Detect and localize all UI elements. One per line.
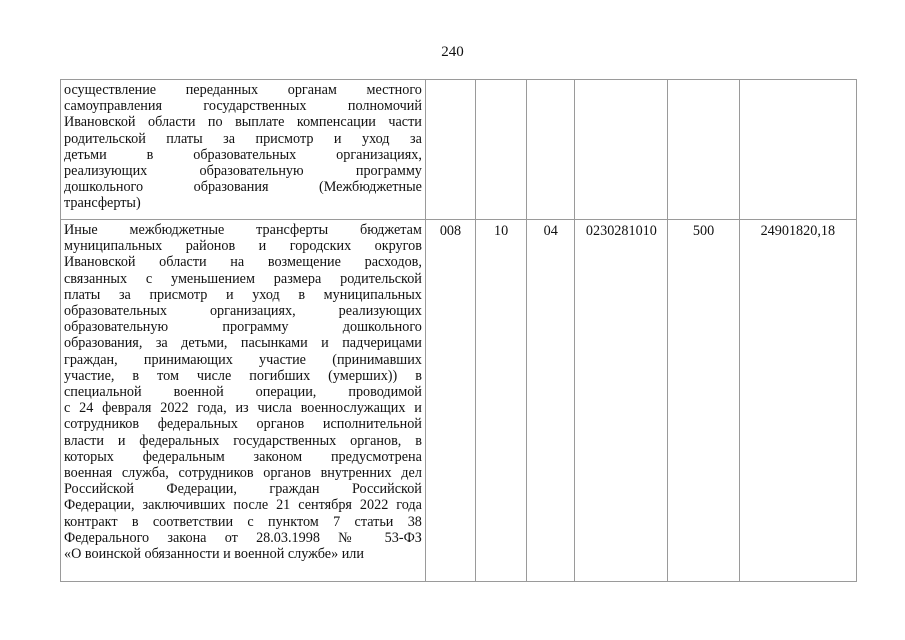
description-line: платы за присмотр и уход в муниципальных xyxy=(64,287,422,303)
description-line: граждан, принимающих участие (принимавши… xyxy=(64,352,422,368)
description-line: родительской платы за присмотр и уход за xyxy=(64,131,422,147)
description-line: которых федеральным законом предусмотрен… xyxy=(64,449,422,465)
amount xyxy=(739,80,856,220)
description-line: Федерального закона от 28.03.1998 № 53-Ф… xyxy=(64,530,422,546)
description-line: образовательных организациях, реализующи… xyxy=(64,303,422,319)
section-code xyxy=(476,80,527,220)
description-line: образовательную программу дошкольного xyxy=(64,319,422,335)
description-line: контракт в соответствии с пунктом 7 стат… xyxy=(64,514,422,530)
ministry-code: 008 xyxy=(425,220,475,582)
expense-type-code xyxy=(668,80,739,220)
description-line: участие, в том числе погибших (умерших))… xyxy=(64,368,422,384)
description-line: Российской Федерации, граждан Российской xyxy=(64,481,422,497)
row-description: Иные межбюджетные трансферты бюджетаммун… xyxy=(61,220,426,582)
table-row: осуществление переданных органам местног… xyxy=(61,80,857,220)
description-line: специальной военной операции, проводимой xyxy=(64,384,422,400)
description-line: связанных с уменьшением размера родитель… xyxy=(64,271,422,287)
section-code: 10 xyxy=(476,220,527,582)
description-line: «О воинской обязанности и военной службе… xyxy=(64,546,422,562)
description-line: осуществление переданных органам местног… xyxy=(64,82,422,98)
target-article-code: 0230281010 xyxy=(575,220,668,582)
description-line: образования, за детьми, пасынками и падч… xyxy=(64,335,422,351)
subsection-code: 04 xyxy=(527,220,575,582)
expense-type-code: 500 xyxy=(668,220,739,582)
amount: 24901820,18 xyxy=(739,220,856,582)
description-line: детьми в образовательных организациях, xyxy=(64,147,422,163)
description-line: Иные межбюджетные трансферты бюджетам xyxy=(64,222,422,238)
description-line: власти и федеральных государственных орг… xyxy=(64,433,422,449)
target-article-code xyxy=(575,80,668,220)
description-line: с 24 февраля 2022 года, из числа военнос… xyxy=(64,400,422,416)
description-line: военная служба, сотрудников органов внут… xyxy=(64,465,422,481)
page-number: 240 xyxy=(0,44,905,61)
description-line: Ивановской области на возмещение расходо… xyxy=(64,254,422,270)
budget-table: осуществление переданных органам местног… xyxy=(60,79,857,582)
description-line: самоуправления государственных полномочи… xyxy=(64,98,422,114)
description-line: реализующих образовательную программу xyxy=(64,163,422,179)
description-line: трансферты) xyxy=(64,195,422,211)
description-line: дошкольного образования (Межбюджетные xyxy=(64,179,422,195)
table-row: Иные межбюджетные трансферты бюджетаммун… xyxy=(61,220,857,582)
description-line: Ивановской области по выплате компенсаци… xyxy=(64,114,422,130)
description-line: муниципальных районов и городских округо… xyxy=(64,238,422,254)
ministry-code xyxy=(425,80,475,220)
description-line: Федерации, заключивших после 21 сентября… xyxy=(64,497,422,513)
row-description: осуществление переданных органам местног… xyxy=(61,80,426,220)
subsection-code xyxy=(527,80,575,220)
description-line: сотрудников федеральных органов исполнит… xyxy=(64,416,422,432)
